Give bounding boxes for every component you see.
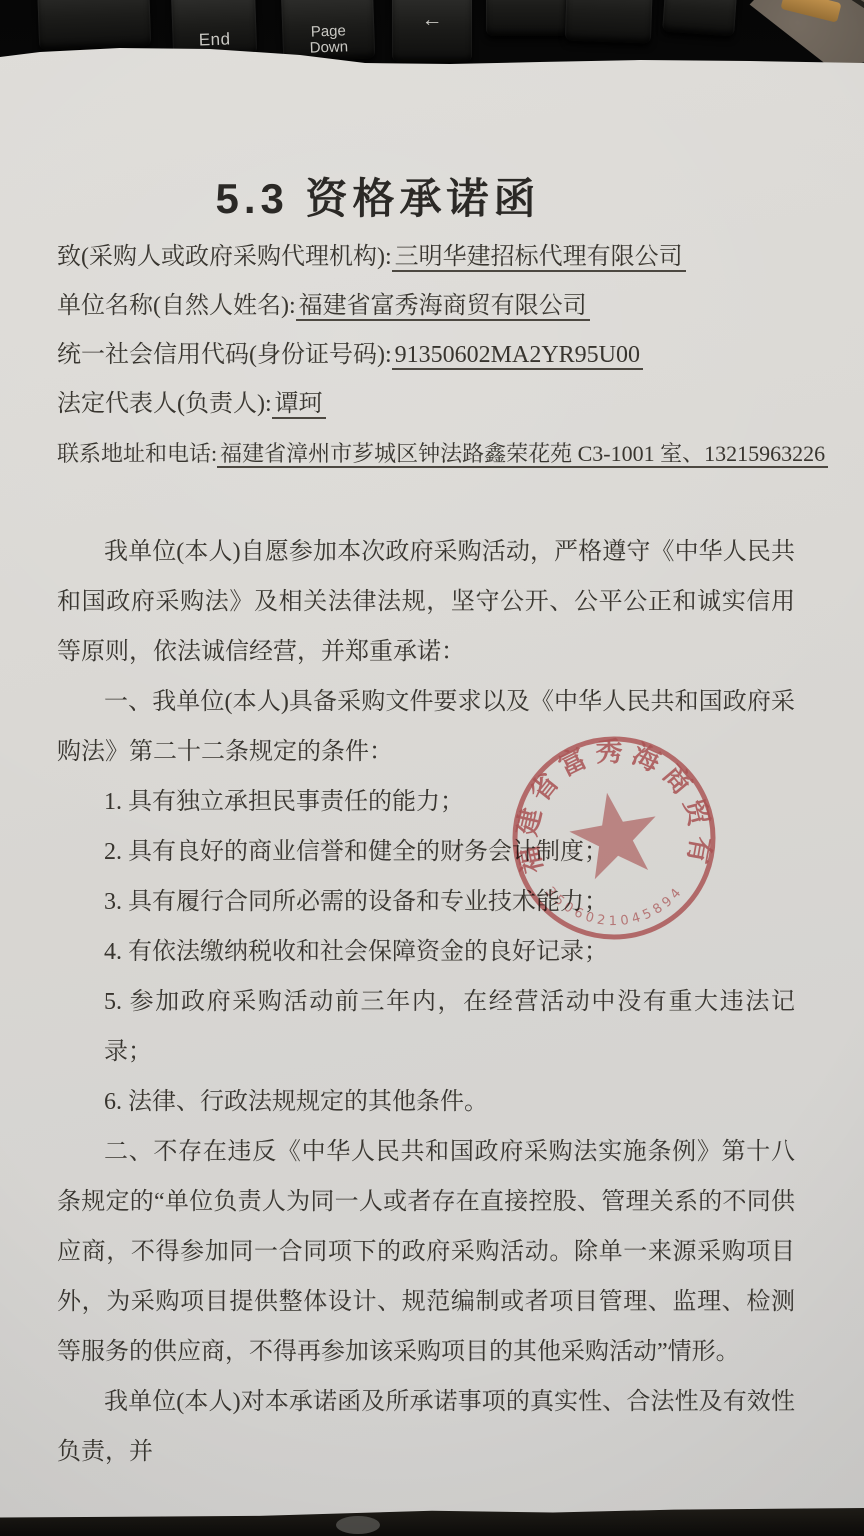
key-4-label: 4 <box>392 0 472 1</box>
header-fields: 致(采购人或政府采购代理机构):三明华建招标代理有限公司 单位名称(自然人姓名)… <box>57 233 802 478</box>
field-legal-rep-label: 法定代表人(负责人): <box>57 391 272 417</box>
field-legal-rep-value: 谭珂 <box>272 391 326 419</box>
field-company-name-value: 福建省富秀海商贸有限公司 <box>296 293 590 321</box>
desk-bottom-object <box>336 1516 380 1534</box>
keyboard-key-4: 4 ← <box>392 0 472 62</box>
paragraph-section-two: 二、不存在违反《中华人民共和国政府采购法实施条例》第十八条规定的“单位负责人为同… <box>57 1127 795 1377</box>
field-contact-label: 联系地址和电话: <box>57 441 217 466</box>
field-credit-code-value: 91350602MA2YR95U00 <box>392 342 643 370</box>
field-contact-value: 福建省漳州市芗城区钟法路鑫荣花苑 C3-1001 室、13215963226 <box>217 441 828 468</box>
field-addressee-value: 三明华建招标代理有限公司 <box>392 244 686 272</box>
keyboard-key-partial-right <box>662 0 738 36</box>
key-end-label: End <box>172 29 257 52</box>
condition-item-6: 6. 法律、行政法规规定的其他条件。 <box>104 1077 795 1127</box>
paragraph-closing: 我单位(本人)对本承诺函及所承诺事项的真实性、合法性及有效性负责，并 <box>57 1377 795 1477</box>
field-credit-code-label: 统一社会信用代码(身份证号码): <box>57 342 392 368</box>
paragraph-intro: 我单位(本人)自愿参加本次政府采购活动，严格遵守《中华人民共和国政府采购法》及相… <box>57 527 795 677</box>
keyboard-key-page-down: Page Down <box>281 0 376 62</box>
key-page-down-label-line2: Down <box>309 38 348 56</box>
condition-item-5: 5. 参加政府采购活动前三年内，在经营活动中没有重大违法记录； <box>104 977 795 1077</box>
company-seal: 福建省富秀海商贸有限公司 3506021045894 <box>492 718 736 962</box>
seal-star-icon <box>569 793 655 880</box>
keyboard-key-arrow-right: → <box>565 0 653 43</box>
arrow-left-icon: ← <box>392 8 472 32</box>
keyboard-key-5: 5 <box>486 0 568 36</box>
field-addressee-label: 致(采购人或政府采购代理机构): <box>57 244 392 270</box>
field-company-name: 单位名称(自然人姓名):福建省富秀海商贸有限公司 <box>57 282 802 331</box>
arrow-right-icon: → <box>566 0 653 1</box>
field-company-name-label: 单位名称(自然人姓名): <box>57 293 296 319</box>
photo-of-document: End Page Down 4 ← 5 → 5.3 资格承诺函 致(采购人或政府… <box>0 0 864 1536</box>
field-addressee: 致(采购人或政府采购代理机构):三明华建招标代理有限公司 <box>57 233 802 282</box>
field-credit-code: 统一社会信用代码(身份证号码):91350602MA2YR95U00 <box>57 331 802 380</box>
wood-object <box>780 0 841 23</box>
field-legal-rep: 法定代表人(负责人):谭珂 <box>57 380 802 429</box>
page-title: 5.3 资格承诺函 <box>28 166 728 226</box>
keyboard-key-partial-left <box>37 0 151 50</box>
field-contact: 联系地址和电话:福建省漳州市芗城区钟法路鑫荣花苑 C3-1001 室、13215… <box>57 429 802 478</box>
document-body: 我单位(本人)自愿参加本次政府采购活动，严格遵守《中华人民共和国政府采购法》及相… <box>57 527 795 1477</box>
